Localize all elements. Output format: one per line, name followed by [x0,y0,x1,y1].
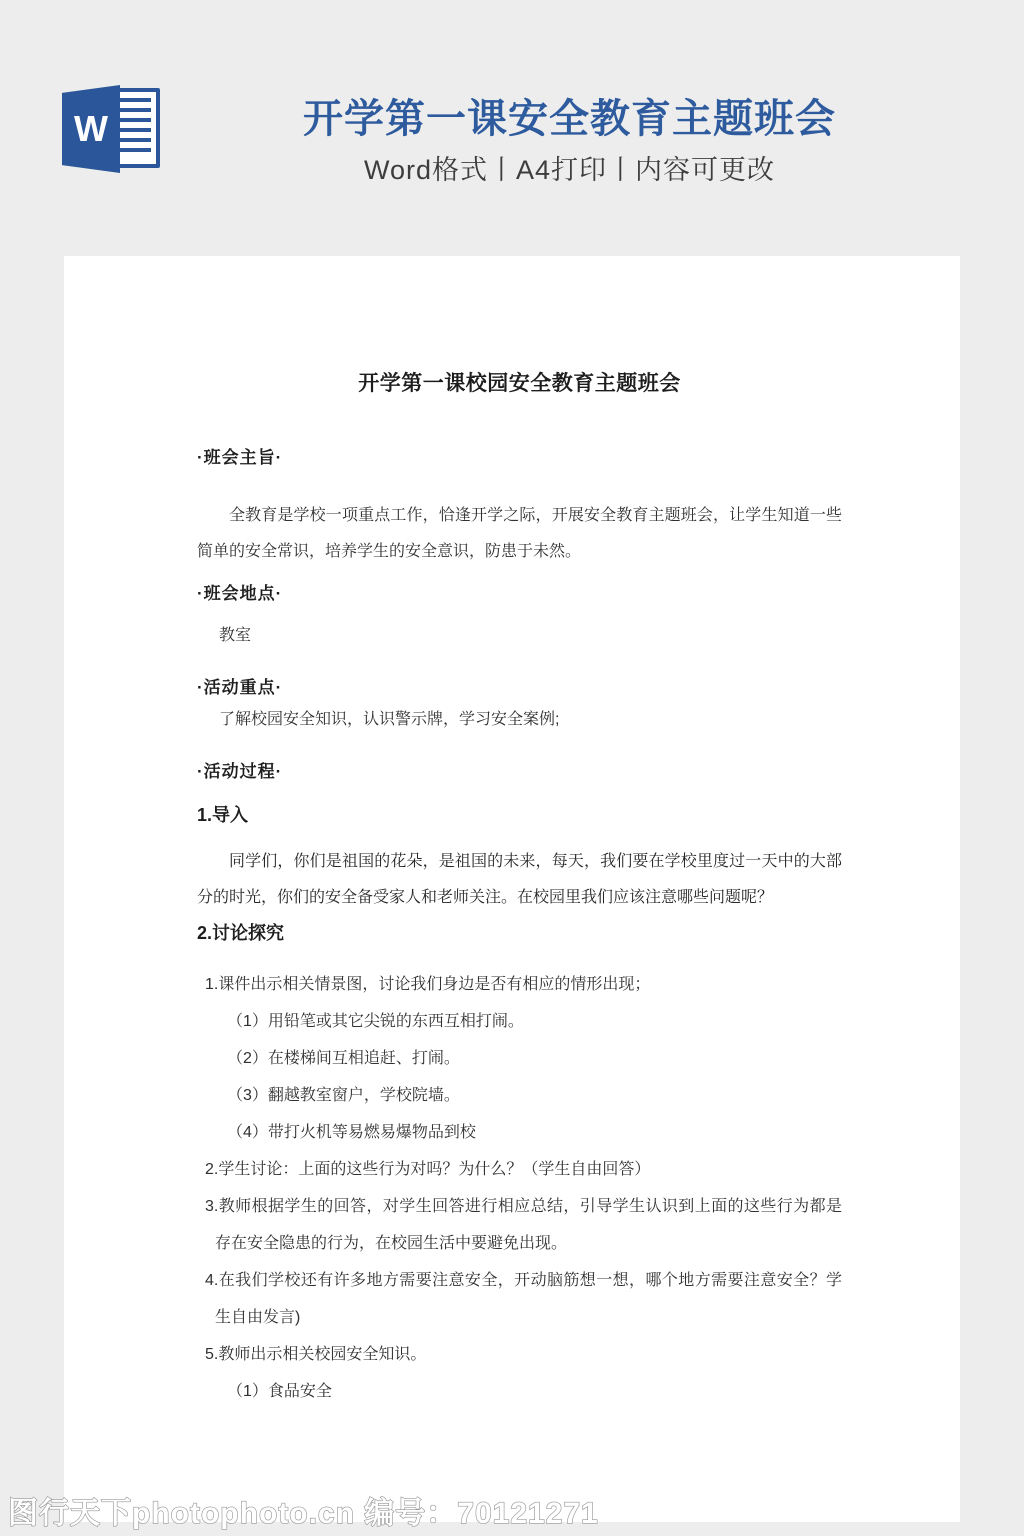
list-item: 5.教师出示相关校园安全知识。 [197,1336,842,1373]
list-item: 2.学生讨论：上面的这些行为对吗？为什么？（学生自由回答） [197,1151,842,1188]
document-title: 开学第一课校园安全教育主题班会 [197,368,842,400]
sub-list-item: （2）在楼梯间互相追赶、打闹。 [227,1040,842,1077]
sub-list-item: （1）用铅笔或其它尖锐的东西互相打闹。 [227,1003,842,1040]
paragraph-intro: 同学们，你们是祖国的花朵，是祖国的未来，每天，我们要在学校里度过一天中的大部分的… [197,844,842,916]
banner-text: 开学第一课安全教育主题班会 Word格式丨A4打印丨内容可更改 [115,96,1024,186]
section-heading-process: ·活动过程· [197,760,842,784]
sub-list-item: （1）食品安全 [227,1373,842,1410]
section-heading-focus: ·活动重点· [197,676,842,700]
section-heading-purpose: ·班会主旨· [197,446,842,470]
word-letter-slab: W [62,85,120,173]
text-focus: 了解校园安全知识，认识警示牌，学习安全案例; [219,708,842,732]
list-item: 1.课件出示相关情景图，讨论我们身边是否有相应的情形出现； [197,966,842,1003]
sub-list-item: （4）带打火机等易燃易爆物品到校 [227,1114,842,1151]
document-preview: 开学第一课校园安全教育主题班会 ·班会主旨· 全教育是学校一项重点工作，恰逢开学… [64,256,960,1522]
sub-list-item: （3）翻越教室窗户，学校院墙。 [227,1077,842,1114]
site-watermark: 图行天下photophoto.cn 编号：70121271 [8,1488,599,1532]
text-location: 教室 [219,624,842,648]
step-heading-discussion: 2.讨论探究 [197,920,842,946]
list-item: 3.教师根据学生的回答，对学生回答进行相应总结，引导学生认识到上面的这些行为都是… [197,1188,842,1262]
template-preview-page: { "banner": { "icon": { "name": "word-lo… [0,0,1024,1536]
banner: W 开学第一课安全教育主题班会 Word格式丨A4打印丨内容可更改 [0,0,1024,256]
paragraph-purpose: 全教育是学校一项重点工作，恰逢开学之际，开展安全教育主题班会，让学生知道一些简单… [197,498,842,570]
step-heading-intro: 1.导入 [197,802,842,828]
list-item: 4.在我们学校还有许多地方需要注意安全，开动脑筋想一想，哪个地方需要注意安全？学… [197,1262,842,1336]
section-heading-location: ·班会地点· [197,582,842,606]
banner-title: 开学第一课安全教育主题班会 [115,96,1024,142]
word-letter: W [74,111,108,147]
banner-subtitle: Word格式丨A4打印丨内容可更改 [115,155,1024,186]
